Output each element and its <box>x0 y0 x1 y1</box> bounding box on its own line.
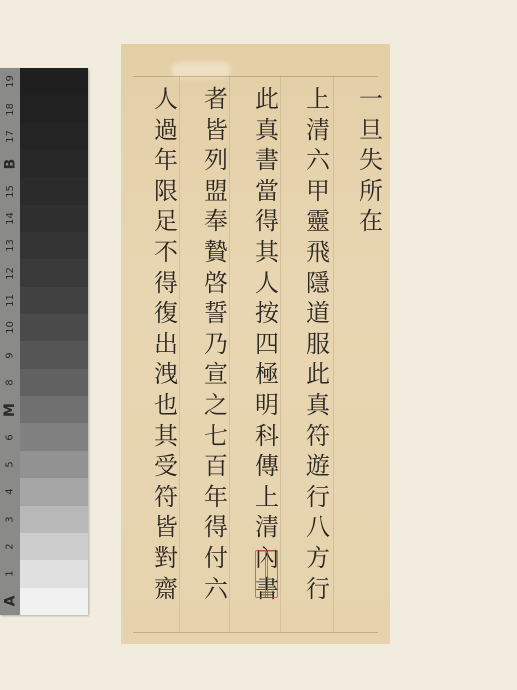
calligraphy-character: 方 <box>306 543 330 574</box>
gray-patch: 14 <box>20 205 88 232</box>
calligraphy-character: 此 <box>306 359 330 390</box>
bottom-rule-line <box>133 632 378 633</box>
red-seal-stamp <box>255 550 266 598</box>
patch-label: 13 <box>0 232 20 259</box>
gray-patch: 15 <box>20 177 88 204</box>
calligraphy-character: 限 <box>154 176 178 207</box>
patch-label-text: B <box>2 158 18 169</box>
calligraphy-character: 書 <box>255 145 279 176</box>
calligraphy-character: 遊 <box>306 451 330 482</box>
text-column: 一旦失所在 <box>355 84 387 237</box>
calligraphy-character: 真 <box>306 390 330 421</box>
calligraphy-character: 科 <box>255 421 279 452</box>
calligraphy-character: 齋 <box>154 574 178 605</box>
calligraphy-character: 清 <box>255 512 279 543</box>
calligraphy-character: 明 <box>255 390 279 421</box>
patch-label: A <box>0 588 20 615</box>
patch-label: 10 <box>0 314 20 341</box>
patch-label: 3 <box>0 506 20 533</box>
gray-patch: 9 <box>20 341 88 368</box>
patch-label-text: 12 <box>4 267 15 280</box>
patch-label: 2 <box>0 533 20 560</box>
patch-label-text: 17 <box>4 130 15 143</box>
calligraphy-character: 符 <box>306 421 330 452</box>
patch-label-text: 2 <box>5 543 16 549</box>
patch-label: 18 <box>0 95 20 122</box>
patch-label: 19 <box>0 68 20 95</box>
patch-label-text: 4 <box>5 489 16 495</box>
calligraphy-character: 失 <box>359 145 383 176</box>
calligraphy-character: 其 <box>154 421 178 452</box>
calligraphy-character: 靈 <box>306 206 330 237</box>
text-column: 人過年限足不得復出洩也其受符皆對齋 <box>150 84 182 604</box>
patch-label: 12 <box>0 259 20 286</box>
calligraphy-character: 一 <box>359 84 383 115</box>
gray-patch: A <box>20 588 88 615</box>
red-seal-stamp <box>267 550 278 598</box>
patch-label: 1 <box>0 560 20 587</box>
calligraphy-character: 洩 <box>154 359 178 390</box>
calligraphy-character: 皆 <box>154 512 178 543</box>
calligraphy-character: 服 <box>306 329 330 360</box>
gray-patch: 8 <box>20 369 88 396</box>
patch-label: 6 <box>0 423 20 450</box>
calligraphy-character: 符 <box>154 482 178 513</box>
patch-label-text: 13 <box>4 239 15 252</box>
patch-label-text: 5 <box>5 461 16 467</box>
calligraphy-character: 上 <box>255 482 279 513</box>
calligraphy-character: 宣 <box>204 359 228 390</box>
text-column: 此真書當得其人按四極明科傳上清內書 <box>251 84 283 604</box>
patch-label: 14 <box>0 205 20 232</box>
calligraphy-character: 列 <box>204 145 228 176</box>
gray-patch: 3 <box>20 506 88 533</box>
calligraphy-character: 乃 <box>204 329 228 360</box>
patch-label: M <box>0 396 20 423</box>
calligraphy-character: 人 <box>255 268 279 299</box>
gray-patch: B <box>20 150 88 177</box>
calligraphy-character: 贄 <box>204 237 228 268</box>
calligraphy-character: 人 <box>154 84 178 115</box>
patch-label-text: M <box>2 403 18 417</box>
calligraphy-character: 付 <box>204 543 228 574</box>
top-rule-line <box>133 76 378 77</box>
calligraphy-character: 者 <box>204 84 228 115</box>
calligraphy-character: 其 <box>255 237 279 268</box>
calligraphy-character: 年 <box>204 482 228 513</box>
gray-patch: 1 <box>20 560 88 587</box>
gray-patch: 18 <box>20 95 88 122</box>
calligraphy-character: 百 <box>204 451 228 482</box>
patch-label-text: 3 <box>5 516 16 522</box>
gray-patch: 2 <box>20 533 88 560</box>
calligraphy-character: 上 <box>306 84 330 115</box>
patch-label-text: 8 <box>5 379 16 385</box>
patch-label: 15 <box>0 177 20 204</box>
patch-label: 11 <box>0 287 20 314</box>
calligraphy-character: 足 <box>154 206 178 237</box>
calligraphy-character: 得 <box>255 206 279 237</box>
calligraphy-character: 也 <box>154 390 178 421</box>
calligraphy-character: 行 <box>306 482 330 513</box>
calligraphy-character: 在 <box>359 206 383 237</box>
gray-patch: 5 <box>20 451 88 478</box>
patch-label-text: 19 <box>4 75 15 88</box>
calligraphy-character: 所 <box>359 176 383 207</box>
calligraphy-character: 啓 <box>204 268 228 299</box>
calligraphy-character: 復 <box>154 298 178 329</box>
patch-label: B <box>0 150 20 177</box>
calligraphy-character: 七 <box>204 421 228 452</box>
gray-patch: 6 <box>20 423 88 450</box>
patch-label-text: 6 <box>5 434 16 440</box>
gray-patch: 17 <box>20 123 88 150</box>
patch-label-text: 15 <box>4 185 15 198</box>
patch-label: 5 <box>0 451 20 478</box>
calligraphy-character: 真 <box>255 115 279 146</box>
calligraphy-character: 不 <box>154 237 178 268</box>
patch-label-text: A <box>2 596 18 607</box>
gray-patch: 19 <box>20 68 88 95</box>
text-column: 上清六甲靈飛隱道服此真符遊行八方行 <box>302 84 334 604</box>
calligraphy-character: 六 <box>204 574 228 605</box>
calligraphy-character: 道 <box>306 298 330 329</box>
gray-patch: 4 <box>20 478 88 505</box>
gray-patch: 10 <box>20 314 88 341</box>
calligraphy-character: 誓 <box>204 298 228 329</box>
calligraphy-character: 出 <box>154 329 178 360</box>
gray-patch: 13 <box>20 232 88 259</box>
calligraphy-character: 受 <box>154 451 178 482</box>
patch-label-text: 9 <box>5 352 16 358</box>
calligraphy-character: 對 <box>154 543 178 574</box>
gray-patches: 191817B15141312111098M654321A <box>20 68 88 615</box>
calligraphy-character: 年 <box>154 145 178 176</box>
calligraphy-manuscript: 一旦失所在上清六甲靈飛隱道服此真符遊行八方行此真書當得其人按四極明科傳上清內書者… <box>121 44 390 644</box>
calligraphy-character: 之 <box>204 390 228 421</box>
calligraphy-character: 四 <box>255 329 279 360</box>
calligraphy-character: 甲 <box>306 176 330 207</box>
patch-label-text: 18 <box>4 103 15 116</box>
calligraphy-character: 傳 <box>255 451 279 482</box>
calligraphy-character: 飛 <box>306 237 330 268</box>
calligraphy-character: 旦 <box>359 115 383 146</box>
patch-label-text: 1 <box>5 571 16 577</box>
patch-label: 17 <box>0 123 20 150</box>
calligraphy-character: 過 <box>154 115 178 146</box>
patch-label-text: 11 <box>4 294 15 307</box>
patch-label-text: 14 <box>4 212 15 225</box>
calligraphy-character: 極 <box>255 359 279 390</box>
gray-patch: 12 <box>20 259 88 286</box>
calligraphy-character: 八 <box>306 512 330 543</box>
calligraphy-character: 清 <box>306 115 330 146</box>
calligraphy-character: 六 <box>306 145 330 176</box>
calligraphy-character: 皆 <box>204 115 228 146</box>
gray-patch: 11 <box>20 287 88 314</box>
calligraphy-character: 奉 <box>204 206 228 237</box>
calligraphy-character: 得 <box>154 268 178 299</box>
text-column: 者皆列盟奉贄啓誓乃宣之七百年得付六 <box>200 84 232 604</box>
calligraphy-character: 按 <box>255 298 279 329</box>
calligraphy-character: 行 <box>306 574 330 605</box>
patch-label: 4 <box>0 478 20 505</box>
calligraphy-character: 此 <box>255 84 279 115</box>
gray-patch: M <box>20 396 88 423</box>
calligraphy-character: 盟 <box>204 176 228 207</box>
calligraphy-character: 隱 <box>306 268 330 299</box>
calligraphy-character: 當 <box>255 176 279 207</box>
patch-label-text: 10 <box>4 321 15 334</box>
calligraphy-character: 得 <box>204 512 228 543</box>
patch-label: 9 <box>0 341 20 368</box>
gray-scale-color-card: 191817B15141312111098M654321A <box>0 68 88 615</box>
patch-label: 8 <box>0 369 20 396</box>
